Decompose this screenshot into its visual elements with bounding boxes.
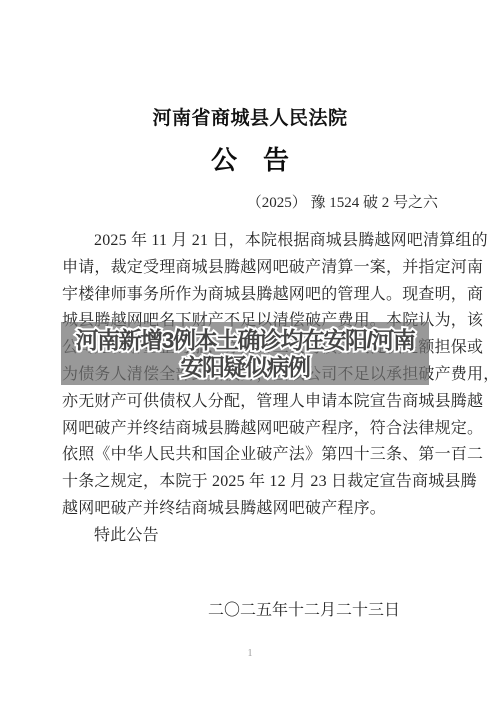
body-line: 十条之规定，本院于 2025 年 12 月 23 日裁定宣告商城县腾 <box>62 469 440 496</box>
case-number: （2025） 豫 1524 破 2 号之六 <box>0 191 438 212</box>
body-line: 申请，裁定受理商城县腾越网吧破产清算一案，并指定河南 <box>62 255 440 282</box>
body-line: 宇楼律师事务所作为商城县腾越网吧的管理人。现查明，商 <box>62 282 440 309</box>
headline-line-2: 安阳疑似病例 <box>181 354 310 381</box>
announcement-page: 河南省商城县人民法院 公 告 （2025） 豫 1524 破 2 号之六 202… <box>0 0 500 706</box>
court-title: 河南省商城县人民法院 <box>0 103 500 130</box>
announcement-date: 二〇二五年十二月二十三日 <box>0 597 400 620</box>
announcement-body: 2025 年 11 月 21 日，本院根据商城县腾越网吧清算组的 申请，裁定受理… <box>62 228 440 550</box>
body-line: 依照《中华人民共和国企业破产法》第四十三条、第一百二 <box>62 442 440 469</box>
closing-line: 特此公告 <box>62 523 440 550</box>
notice-heading: 公 告 <box>0 140 500 177</box>
headline-line-1: 河南新增3例本土确诊均在安阳/河南 <box>76 327 415 354</box>
body-line: 亦无财产可供债权人分配，管理人申请本院宣告商城县腾越 <box>62 389 440 416</box>
body-line: 网吧破产并终结商城县腾越网吧破产程序，符合法律规定。 <box>62 416 440 443</box>
body-line: 2025 年 11 月 21 日，本院根据商城县腾越网吧清算组的 <box>62 228 440 255</box>
page-number: 1 <box>0 648 500 659</box>
body-line: 越网吧破产并终结商城县腾越网吧破产程序。 <box>62 496 440 523</box>
headline-overlay-band: 河南新增3例本土确诊均在安阳/河南 安阳疑似病例 <box>61 322 429 385</box>
